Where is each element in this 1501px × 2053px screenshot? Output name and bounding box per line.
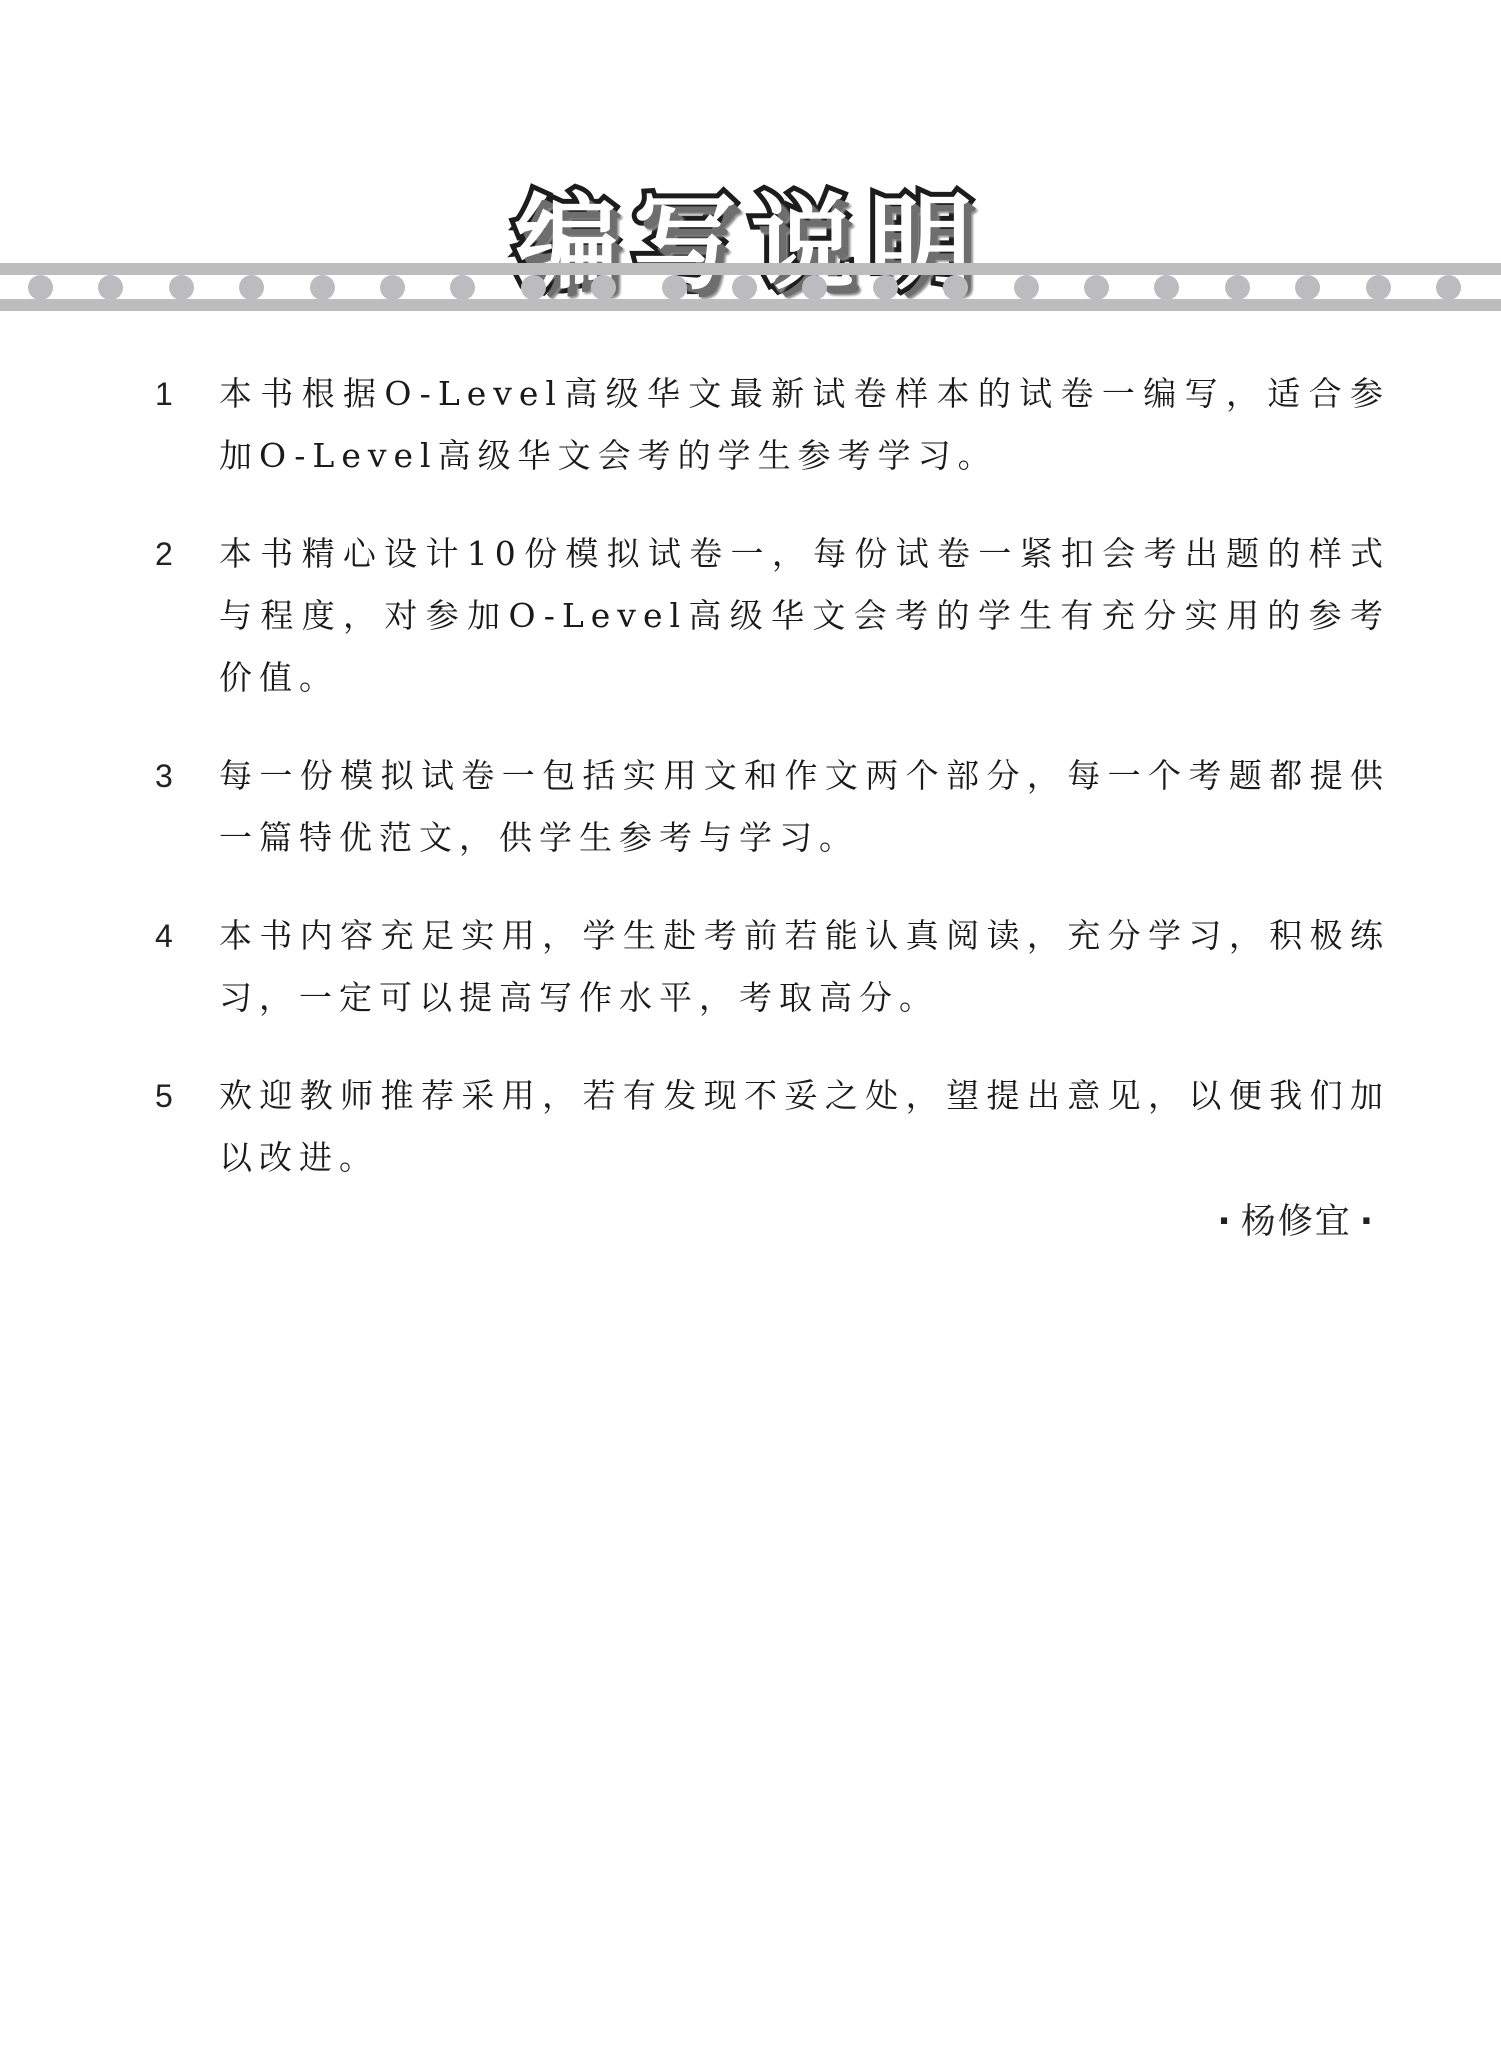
divider-bar-top — [0, 263, 1501, 275]
divider-dot — [1014, 275, 1039, 300]
signature-separator: · — [1217, 1198, 1232, 1246]
note-number: 3 — [155, 745, 173, 807]
note-number: 5 — [155, 1065, 173, 1127]
divider-dot — [1295, 275, 1320, 300]
divider-dot — [1366, 275, 1391, 300]
note-item-4: 4 本书内容充足实用，学生赴考前若能认真阅读，充分学习，积极练习，一定可以提高写… — [155, 905, 1390, 1029]
note-item-2: 2 本书精心设计10份模拟试卷一，每份试卷一紧扣会考出题的样式与程度，对参加O-… — [155, 523, 1390, 709]
divider-dot — [1225, 275, 1250, 300]
author-name: 杨修宜 — [1241, 1202, 1352, 1242]
signature-separator: · — [1360, 1198, 1375, 1246]
divider-dot — [310, 275, 335, 300]
divider-dot — [943, 275, 968, 300]
note-item-1: 1 本书根据O-Level高级华文最新试卷样本的试卷一编写，适合参加O-Leve… — [155, 363, 1390, 487]
divider-dot — [450, 275, 475, 300]
notes-list: 1 本书根据O-Level高级华文最新试卷样本的试卷一编写，适合参加O-Leve… — [155, 363, 1390, 1225]
note-text: 本书精心设计10份模拟试卷一，每份试卷一紧扣会考出题的样式与程度，对参加O-Le… — [219, 523, 1390, 709]
divider-dot — [1436, 275, 1461, 300]
note-text: 每一份模拟试卷一包括实用文和作文两个部分，每一个考题都提供一篇特优范文，供学生参… — [219, 745, 1390, 869]
note-item-3: 3 每一份模拟试卷一包括实用文和作文两个部分，每一个考题都提供一篇特优范文，供学… — [155, 745, 1390, 869]
note-item-5: 5 欢迎教师推荐采用，若有发现不妥之处，望提出意见，以便我们加以改进。 — [155, 1065, 1390, 1189]
divider-dot — [28, 275, 53, 300]
note-number: 1 — [155, 363, 173, 425]
note-number: 2 — [155, 523, 173, 585]
divider-dot — [1154, 275, 1179, 300]
author-signature: ·杨修宜· — [1209, 1198, 1383, 1246]
divider-dot — [521, 275, 546, 300]
note-number: 4 — [155, 905, 173, 967]
divider-dot — [239, 275, 264, 300]
divider-dot — [732, 275, 757, 300]
divider-dot — [98, 275, 123, 300]
dotted-divider — [0, 263, 1501, 312]
note-text: 本书内容充足实用，学生赴考前若能认真阅读，充分学习，积极练习，一定可以提高写作水… — [219, 905, 1390, 1029]
note-text: 欢迎教师推荐采用，若有发现不妥之处，望提出意见，以便我们加以改进。 — [219, 1065, 1390, 1189]
divider-dot — [1084, 275, 1109, 300]
divider-dot — [169, 275, 194, 300]
divider-bar-bottom — [0, 299, 1501, 311]
divider-dot — [802, 275, 827, 300]
divider-dot — [873, 275, 898, 300]
divider-dot — [591, 275, 616, 300]
note-text: 本书根据O-Level高级华文最新试卷样本的试卷一编写，适合参加O-Level高… — [219, 363, 1390, 487]
divider-dot — [380, 275, 405, 300]
divider-dots — [0, 275, 1501, 299]
divider-dot — [662, 275, 687, 300]
